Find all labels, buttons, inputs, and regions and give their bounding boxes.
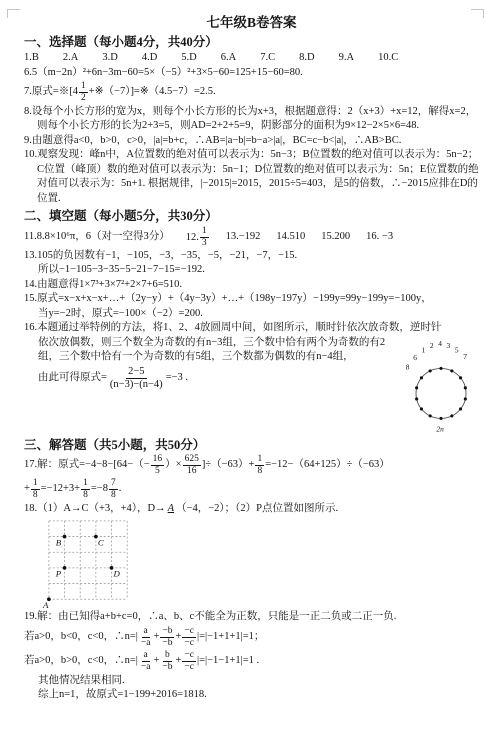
fraction: −c−c <box>182 626 196 649</box>
answer-item: 7.C <box>260 51 275 66</box>
table-corner-mark-left <box>7 9 20 18</box>
section1-heading: 一、选择题（每小题4分，共40分） <box>24 35 479 50</box>
fraction: 18 <box>255 454 264 477</box>
answer-sheet-page: 七年级B卷答案 一、选择题（每小题4分，共40分） 1.B 2.A 3.D 4.… <box>0 0 491 749</box>
solution-q19-line4: 其他情况结果相同. <box>38 674 479 689</box>
solution-q19-text: 若a>0，b<0，c<0，∴n=| <box>24 630 138 645</box>
choice-answers-row: 1.B 2.A 3.D 4.D 5.D 6.A 7.C 8.D 9.A 10.C <box>24 51 479 66</box>
solution-q17-text: 17.解：原式=−4−8−[64−（− <box>24 458 150 473</box>
fraction: 62516 <box>183 454 201 477</box>
solution-q17-text: + <box>24 482 30 497</box>
solution-q15-line1: 15.原式=x−x+x−x+…+（2y−y）+（4y−3y）+…+（198y−1… <box>24 292 479 307</box>
answer-item-q12: 12.13 <box>186 226 210 249</box>
fraction: a−a <box>139 626 153 649</box>
circle-label-8: 8 <box>406 362 410 371</box>
solution-q19-line1: 19.解：由已知得a+b+c=0，∴a、b、c不能全为正数，只能是一正二负或二正… <box>24 610 479 625</box>
solution-q17-line1: 17.解：原式=−4−8−[64−（− 165 ）× 62516 ]÷（−63）… <box>24 454 479 477</box>
answer-item: 3.D <box>102 51 117 66</box>
solution-q19-text: 若a>0，b>0，c<0，∴n=| <box>24 654 138 669</box>
fraction: 2−5(n−3)−(n−4) <box>108 366 165 391</box>
solution-q19-text: |=|−1−1+1|=1 . <box>197 654 259 669</box>
section2-heading: 二、填空题（每小题5分，共30分） <box>24 209 479 224</box>
circle-diagram: 8 6 1 2 4 3 5 7 2n <box>403 336 479 436</box>
circle-label-2: 2 <box>430 341 434 350</box>
grid-point-label-D: D <box>112 569 120 579</box>
answer-item: 10.C <box>378 51 398 66</box>
solution-q7: 7.原式=※[4 12 +※（−7）]=※（4.5−7）=2.5. <box>24 81 479 104</box>
solution-q17-text: ）× <box>165 458 181 473</box>
solution-q17-text: =−8 <box>91 482 108 497</box>
answer-item: 15.200 <box>321 230 350 245</box>
answer-item: 16. −3 <box>366 230 393 245</box>
answer-item: 6.A <box>221 51 236 66</box>
circle-label-1: 1 <box>422 345 426 354</box>
solution-q16-text: 由此可得原式= <box>38 371 107 386</box>
answer-item: 9.A <box>339 51 354 66</box>
answer-item: 1.B <box>24 51 39 66</box>
circle-label-3: 3 <box>447 341 451 350</box>
grid-point-label-C: C <box>98 538 104 548</box>
solution-q18: 18.（1）A→C（+3，+4），D→A（−4，−2）；（2）P点位置如图所示. <box>24 502 479 517</box>
fraction: 78 <box>109 478 118 501</box>
underlined-answer: A <box>166 503 176 514</box>
answer-item: 2.A <box>63 51 78 66</box>
answer-item: 11.8.8×10⁶π，6（对一空得3分） <box>24 230 170 245</box>
circle-label-7: 7 <box>463 352 467 361</box>
solution-q13-line2: 所以−1−105−3−35−5−21−7−15=−192. <box>38 263 479 278</box>
solution-q10: 10.观察发现：峰n中，A位置数的绝对值可以表示为：5n−3；B位置数的绝对值可… <box>24 148 479 206</box>
circle-label-2n: 2n <box>436 424 444 433</box>
fraction: 18 <box>31 478 40 501</box>
solution-q13-line1: 13.105的负因数有−1，−105，−3，−35，−5，−21，−7，−15. <box>24 249 479 264</box>
solution-q16-body: 8 6 1 2 4 3 5 7 2n 依次放偶数，则三个数全为奇数的有n−3组，… <box>38 336 479 391</box>
grid-point-label-A: A <box>42 600 49 609</box>
solution-q19-case2: 若a>0，b>0，c<0，∴n=| a−a + b−b + −c−c |=|−1… <box>24 650 479 673</box>
solution-q8: 8.设每个小长方形的宽为x，则每个小长方形的长为x+3，根据题意得：2（x+3）… <box>24 105 479 134</box>
page-title: 七年级B卷答案 <box>24 16 479 31</box>
fraction: −b−b <box>160 626 174 649</box>
answer-item: 14.510 <box>276 230 305 245</box>
fraction: 165 <box>151 454 165 477</box>
solution-q16-line1: 16.本题通过举特例的方法，将1、2、4放圆周中间，如图所示，顺时针依次放奇数，… <box>24 321 479 336</box>
circle-label-4: 4 <box>438 339 442 348</box>
answer-item: 8.D <box>299 51 314 66</box>
circle-label-5: 5 <box>455 345 459 354</box>
solution-q14: 14.由题意得1×7³+3×7²+2×7+6=510. <box>24 278 479 293</box>
fraction: 12 <box>79 81 88 104</box>
grid-point-label-P: P <box>55 569 62 579</box>
solution-q19-line5: 综上n=1，故原式=1−199+2016=1818. <box>38 688 479 703</box>
fraction: −c−c <box>182 650 196 673</box>
solution-q17-text: ]÷（−63）+ <box>202 458 255 473</box>
solution-q17-text: =−12+3+ <box>41 482 80 497</box>
solution-q6: 6.5（m−2n）²+6n−3m−60=5×（−5）²+3×5−60=125+1… <box>24 66 479 81</box>
solution-q7-text: 7.原式=※[4 <box>24 85 78 100</box>
fraction: 13 <box>200 226 209 249</box>
grid-point-label-B: B <box>56 538 62 548</box>
answer-item: 4.D <box>142 51 157 66</box>
solution-q17-text: . <box>119 482 122 497</box>
answer-item: 5.D <box>181 51 196 66</box>
solution-q7-text: +※（−7）]=※（4.5−7）=2.5. <box>89 85 216 100</box>
table-corner-mark-right <box>471 9 484 18</box>
solution-q17-text: =−12−（64+125）÷（−63） <box>265 458 390 473</box>
grid-diagram: B C P D A <box>42 517 138 609</box>
solution-q19-text: + <box>175 654 181 669</box>
solution-q19-text: + <box>175 630 181 645</box>
solution-q16-line2: 依次放偶数，则三个数全为奇数的有n−3组，三个数中恰有两个为奇数的有2组，三个数… <box>38 337 385 363</box>
solution-q19-case1: 若a>0，b<0，c<0，∴n=| a−a + −b−b + −c−c |=|−… <box>24 626 479 649</box>
section3-heading: 三、解答题（共5小题，共50分） <box>24 438 479 453</box>
fraction: 18 <box>81 478 90 501</box>
fraction: a−a <box>139 650 153 673</box>
circle-label-6: 6 <box>413 353 417 362</box>
blank-answers-row: 11.8.8×10⁶π，6（对一空得3分） 12.13 13.−192 14.5… <box>24 226 479 249</box>
answer-item: 13.−192 <box>226 230 261 245</box>
solution-q17-line2: + 18 =−12+3+ 18 =−8 78 . <box>24 478 479 501</box>
solution-q19-text: |=|−1+1+1|=1； <box>197 630 264 645</box>
solution-q19-text: + <box>153 630 159 645</box>
solution-q16-text: =−3 . <box>166 371 188 386</box>
fraction: b−b <box>160 650 174 673</box>
solution-q9: 9.由题意得a<0，b>0，c>0，|a|=b+c，∴AB=|a−b|=b−a>… <box>24 134 479 149</box>
solution-q19-text: + <box>153 654 159 669</box>
solution-q16-result: 由此可得原式= 2−5(n−3)−(n−4) =−3 . <box>38 366 397 391</box>
solution-q15-line2: 当y=−2时，原式=−100×（−2）=200. <box>38 307 479 322</box>
